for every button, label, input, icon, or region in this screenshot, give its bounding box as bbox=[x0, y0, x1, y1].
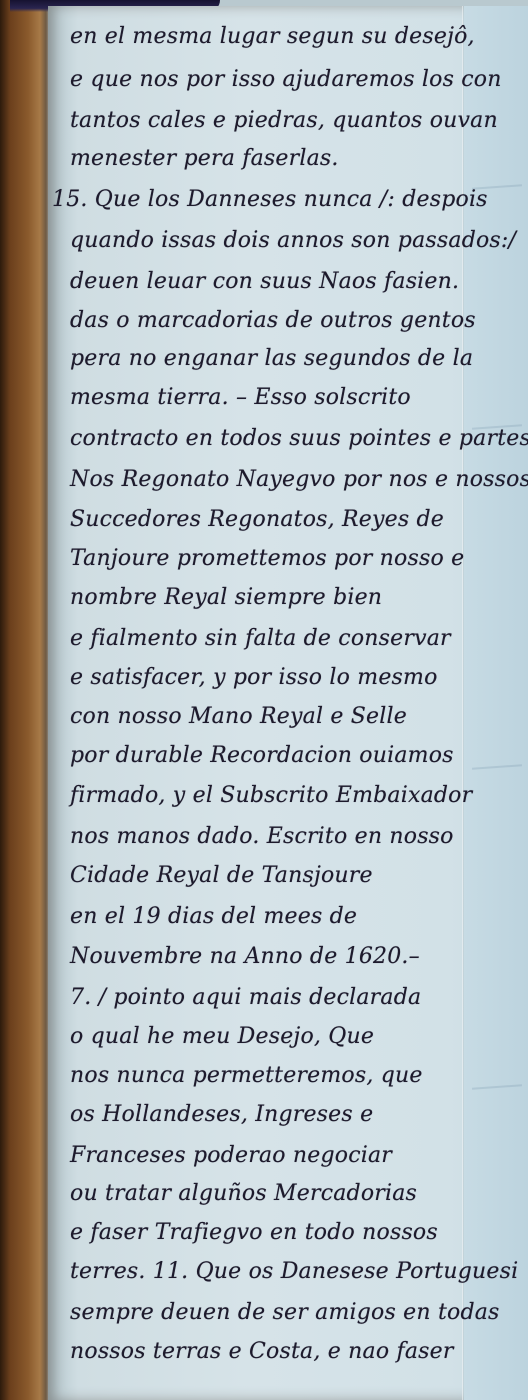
manuscript-line: quando issas dois annos son passados:/ bbox=[70, 228, 516, 253]
manuscript-line: Succedores Regonatos, Reyes de bbox=[70, 507, 444, 532]
manuscript-line: ou tratar alguños Mercadorias bbox=[70, 1181, 417, 1206]
manuscript-line: mesma tierra. – Esso solscrito bbox=[70, 385, 411, 410]
manuscript-line: e que nos por isso ajudaremos los con bbox=[70, 67, 502, 92]
manuscript-line: en el 19 dias del mees de bbox=[70, 904, 357, 929]
manuscript-line: e faser Trafiegvo en todo nossos bbox=[70, 1220, 438, 1245]
manuscript-line: menester pera faserlas. bbox=[70, 146, 339, 171]
manuscript-line: Cidade Reyal de Tansjoure bbox=[70, 863, 373, 888]
manuscript-line: sempre deuen de ser amigos en todas bbox=[70, 1300, 500, 1325]
manuscript-line: por durable Recordacion ouiamos bbox=[70, 743, 454, 768]
manuscript-line: nombre Reyal siempre bien bbox=[70, 585, 382, 610]
manuscript-line: os Hollandeses, Ingreses e bbox=[70, 1102, 373, 1127]
manuscript-line: con nosso Mano Reyal e Selle bbox=[70, 704, 407, 729]
manuscript-line: Nouvembre na Anno de 1620.– bbox=[70, 944, 420, 969]
manuscript-line: Nos Regonato Nayegvo por nos e nossos. bbox=[70, 467, 528, 492]
manuscript-line: terres. 11. Que os Danesese Portuguesi bbox=[70, 1259, 518, 1284]
manuscript-line: das o marcadorias de outros gentos bbox=[70, 308, 476, 333]
manuscript-line: o qual he meu Desejo, Que bbox=[70, 1024, 374, 1049]
manuscript-line: deuen leuar con suus Naos fasien. bbox=[70, 269, 459, 294]
manuscript-line: nos nunca permetteremos, que bbox=[70, 1063, 423, 1088]
manuscript-line: e fialmento sin falta de conservar bbox=[70, 626, 451, 651]
manuscript-line: tantos cales e piedras, quantos ouvan bbox=[70, 108, 498, 133]
manuscript-line: contracto en todos suus pointes e partes bbox=[70, 426, 528, 451]
manuscript-page: en el mesma lugar segun su desejô,e que … bbox=[48, 6, 528, 1400]
manuscript-line: 15. Que los Danneses nunca /: despois bbox=[52, 187, 488, 212]
manuscript-photo: en el mesma lugar segun su desejô,e que … bbox=[0, 0, 528, 1400]
manuscript-line: nos manos dado. Escrito en nosso bbox=[70, 824, 454, 849]
manuscript-line: nossos terras e Costa, e nao faser bbox=[70, 1339, 454, 1364]
manuscript-line: en el mesma lugar segun su desejô, bbox=[70, 24, 475, 49]
bleed-through-mark bbox=[472, 764, 522, 769]
manuscript-line: Franceses poderao negociar bbox=[70, 1143, 392, 1168]
manuscript-line: Tanjoure promettemos por nosso e bbox=[70, 546, 464, 571]
page-fold bbox=[462, 6, 464, 1400]
manuscript-line: firmado, y el Subscrito Embaixador bbox=[70, 783, 472, 808]
underlying-page bbox=[464, 6, 528, 1400]
manuscript-line: pera no enganar las segundos de la bbox=[70, 346, 473, 371]
manuscript-line: 7. / pointo aqui mais declarada bbox=[70, 985, 421, 1010]
bleed-through-mark bbox=[472, 1084, 522, 1089]
manuscript-line: e satisfacer, y por isso lo mesmo bbox=[70, 665, 438, 690]
